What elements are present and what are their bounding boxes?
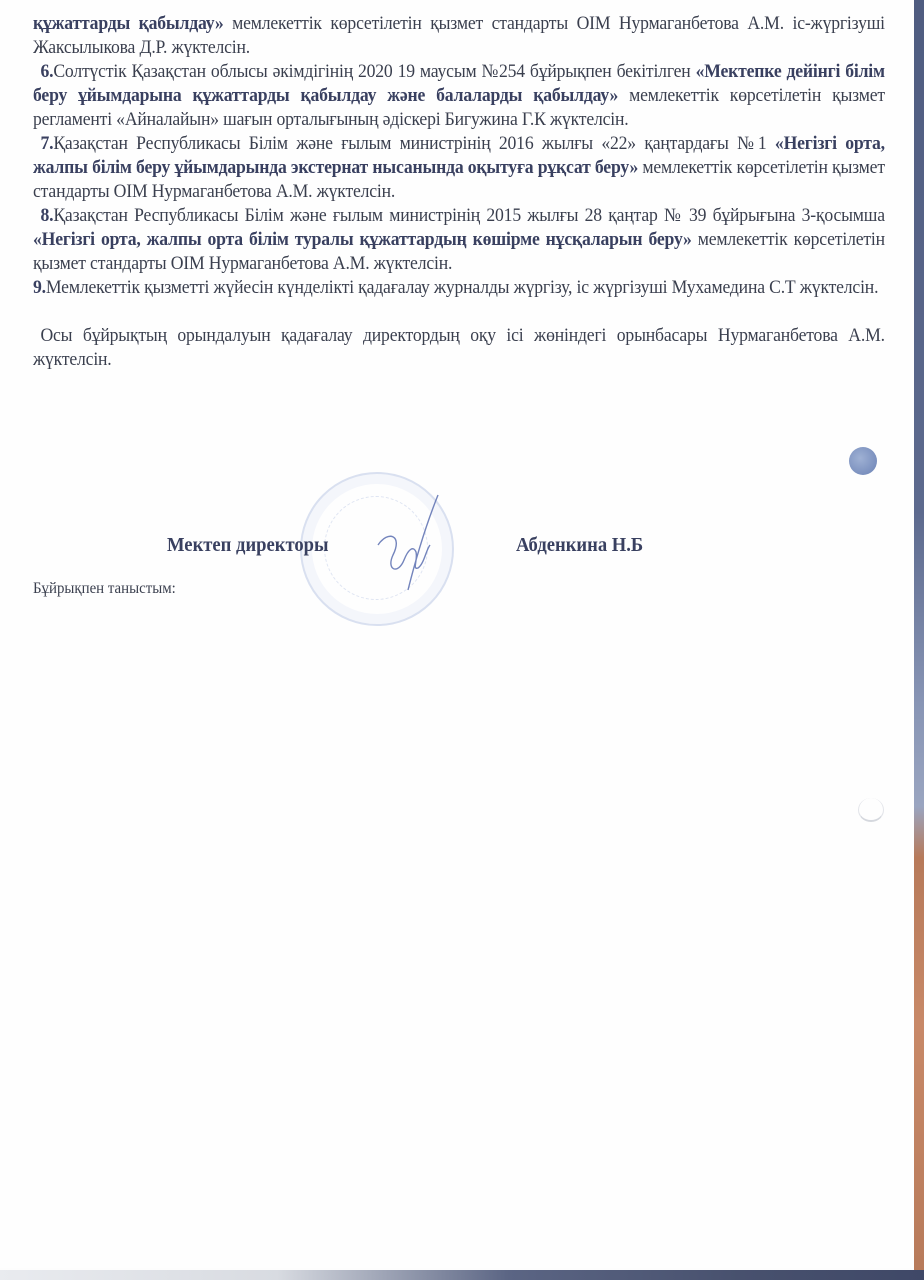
item-number: 9. — [33, 277, 46, 298]
paragraph-9: 9.Мемлекеттік қызметті жүйесін күнделікт… — [33, 276, 885, 300]
document-page: құжаттарды қабылдау» мемлекеттік көрсеті… — [0, 0, 914, 1268]
body-text: Осы бұйрықтың орындалуын қадағалау дирек… — [33, 325, 885, 370]
item-number: 7. — [40, 133, 53, 154]
hole-punch-mark — [849, 447, 877, 475]
scan-edge-right — [914, 0, 924, 1280]
bold-text: құжаттарды қабылдау» — [33, 13, 224, 34]
hole-punch-mark — [858, 798, 884, 822]
control-paragraph: Осы бұйрықтың орындалуын қадағалау дирек… — [33, 324, 885, 372]
paragraph-5-continuation: құжаттарды қабылдау» мемлекеттік көрсеті… — [33, 12, 885, 60]
spacer — [33, 300, 885, 324]
item-number: 8. — [40, 205, 53, 226]
item-number: 6. — [40, 61, 53, 82]
paragraph-8: 8.Қазақстан Республикасы Білім және ғылы… — [33, 204, 885, 276]
paragraph-7: 7.Қазақстан Республикасы Білім және ғылы… — [33, 132, 885, 204]
service-title: «Негізгі орта, жалпы орта білім туралы қ… — [33, 229, 692, 250]
paragraph-6: 6.Солтүстік Қазақстан облысы әкімдігінің… — [33, 60, 885, 132]
body-text: Солтүстік Қазақстан облысы әкімдігінің 2… — [53, 61, 695, 82]
signature-block: Мектеп директоры Абденкина Н.Б — [0, 534, 914, 564]
acknowledgement-label: Бұйрықпен таныстым: — [33, 580, 176, 598]
body-text: Қазақстан Республикасы Білім және ғылым … — [53, 205, 885, 226]
director-name: Абденкина Н.Б — [516, 534, 643, 557]
director-title: Мектеп директоры — [167, 534, 329, 557]
body-text: Қазақстан Республикасы Білім және ғылым … — [53, 133, 775, 154]
scan-edge-bottom — [0, 1270, 924, 1280]
document-body: құжаттарды қабылдау» мемлекеттік көрсеті… — [33, 12, 885, 372]
body-text: Мемлекеттік қызметті жүйесін күнделікті … — [46, 277, 878, 298]
